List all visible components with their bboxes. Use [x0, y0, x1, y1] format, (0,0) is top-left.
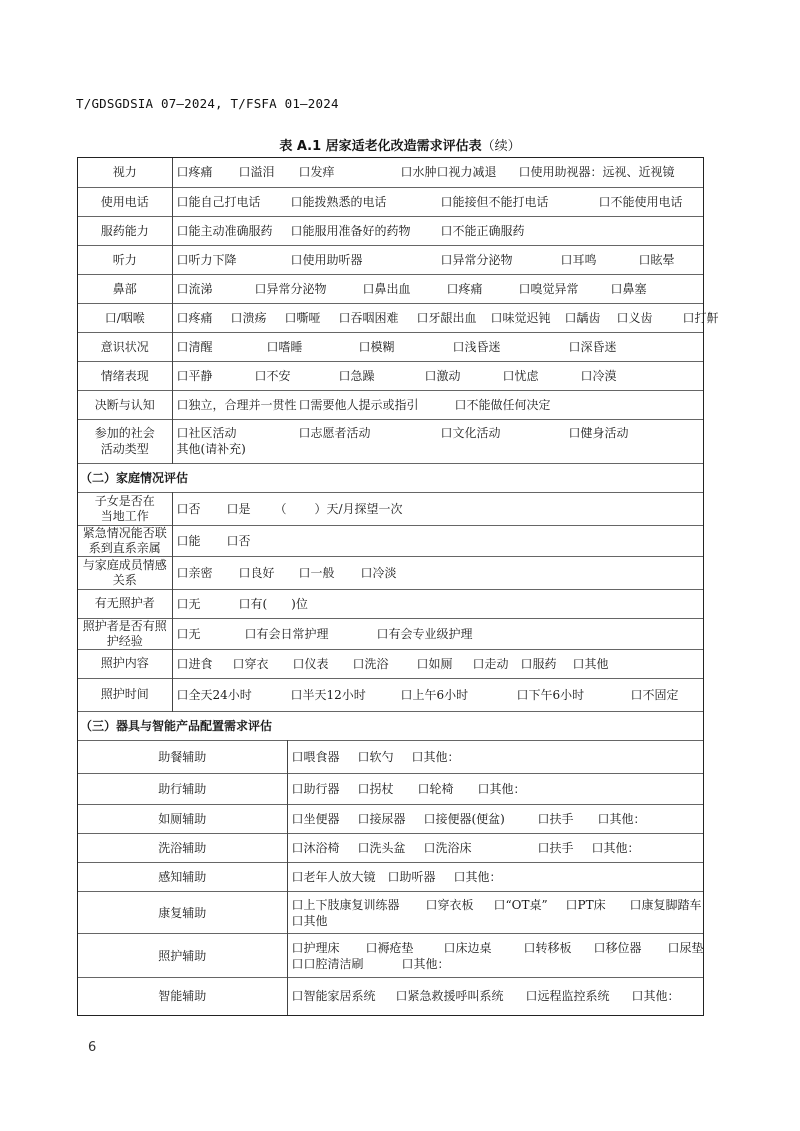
- row-options: 口能自己打电话口能拨熟悉的电话口能接但不能打电话口不能使用电话: [172, 187, 703, 216]
- checkbox-option[interactable]: 口健身活动: [569, 425, 629, 441]
- checkbox-option[interactable]: 口洗浴床: [424, 840, 472, 856]
- checkbox-option[interactable]: 口清醒: [177, 339, 213, 355]
- checkbox-option[interactable]: 口疼痛: [447, 281, 483, 297]
- checkbox-option[interactable]: 口吞咽困难: [339, 310, 399, 326]
- checkbox-option[interactable]: 口异常分泌物: [255, 281, 327, 297]
- checkbox-option[interactable]: 口不能使用电话: [599, 194, 683, 210]
- checkbox-option[interactable]: 口走动: [473, 656, 509, 672]
- row-options: 口能主动准确服药口能服用准备好的药物口不能正确服药: [172, 216, 703, 245]
- table-row: 助餐辅助口喂食器口软勺口其他：: [78, 741, 703, 774]
- checkbox-option[interactable]: 口耳鸣: [561, 252, 597, 268]
- table-title-text: 表 A.1 居家适老化改造需求评估表: [279, 139, 481, 154]
- checkbox-option[interactable]: 口否: [227, 533, 251, 549]
- checkbox-option[interactable]: 口能服用准备好的药物: [291, 223, 411, 239]
- row-options: 口护理床口褥疮垫口床边桌口转移板口移位器口尿垫口口腔清洁刷口其他：: [287, 934, 703, 978]
- row-label: 服药能力: [78, 216, 172, 245]
- checkbox-option[interactable]: 口穿衣: [233, 656, 269, 672]
- checkbox-option[interactable]: 口其他：: [632, 988, 680, 1004]
- table-row: 鼻部口流涕口异常分泌物口鼻出血口疼痛口嗅觉异常口鼻塞: [78, 274, 703, 303]
- checkbox-option[interactable]: 口异常分泌物: [441, 252, 513, 268]
- row-options: 口独立，合理并一贯性口需要他人提示或指引口不能做任何决定: [172, 390, 703, 419]
- section-heading: （二）家庭情况评估: [78, 463, 703, 492]
- row-label: 感知辅助: [78, 863, 287, 892]
- row-options: 口平静口不安口急躁口激动口忧虑口冷漠: [172, 361, 703, 390]
- checkbox-option[interactable]: 口急躁: [339, 368, 375, 384]
- checkbox-option[interactable]: 口忧虑: [503, 368, 539, 384]
- row-label: 使用电话: [78, 187, 172, 216]
- row-label: 意识状况: [78, 332, 172, 361]
- row-label: 照护内容: [78, 649, 172, 678]
- table-row: 有无照护者口无口有( )位: [78, 589, 703, 618]
- row-options: 口流涕口异常分泌物口鼻出血口疼痛口嗅觉异常口鼻塞: [172, 274, 703, 303]
- checkbox-option[interactable]: 口独立，合理并一贯性: [177, 397, 297, 413]
- table-row: 口/咽喉口疼痛口溃疡口嘶哑口吞咽困难口牙龈出血口味觉迟钝口龋齿口义齿口打鼾: [78, 303, 703, 332]
- row-options: 口疼痛口溢泪口发痒口水肿口视力减退口使用助视器：远视、近视镜: [172, 158, 703, 187]
- table-row: 使用电话口能自己打电话口能拨熟悉的电话口能接但不能打电话口不能使用电话: [78, 187, 703, 216]
- row-label: 康复辅助: [78, 892, 287, 934]
- checkbox-option[interactable]: 口其他：: [402, 956, 450, 972]
- checkbox-option[interactable]: 口其他：: [592, 840, 640, 856]
- checkbox-option[interactable]: 口接便器(便盆): [424, 811, 505, 827]
- checkbox-option[interactable]: 口下午6小时: [517, 687, 585, 703]
- row-label-line: 紧急情况能否联: [80, 526, 170, 541]
- checkbox-option[interactable]: 口沐浴椅: [292, 840, 340, 856]
- row-options: 口否口是（）天/月探望一次: [172, 492, 703, 525]
- checkbox-option[interactable]: 口打鼾: [683, 310, 719, 326]
- checkbox-option[interactable]: 口流涕: [177, 281, 213, 297]
- table-row: 如厕辅助口坐便器口接尿器口接便器(便盆)口扶手口其他：: [78, 805, 703, 834]
- row-options: 口坐便器口接尿器口接便器(便盆)口扶手口其他：: [287, 805, 703, 834]
- checkbox-option[interactable]: 口PT床: [566, 897, 606, 913]
- row-label: 智能辅助: [78, 978, 287, 1015]
- table-row: 感知辅助口老年人放大镜口助听器口其他：: [78, 863, 703, 892]
- checkbox-option[interactable]: 口有会日常护理: [245, 626, 329, 642]
- checkbox-option[interactable]: 口文化活动: [441, 425, 501, 441]
- row-label: 视力: [78, 158, 172, 187]
- table-row: 意识状况口清醒口嗜睡口模糊口浅昏迷口深昏迷: [78, 332, 703, 361]
- checkbox-option[interactable]: 口褥疮垫: [366, 940, 414, 956]
- row-label: 与家庭成员情感关系: [78, 556, 172, 589]
- row-label: 子女是否在当地工作: [78, 492, 172, 525]
- checkbox-option[interactable]: 口全天24小时: [177, 687, 252, 703]
- checkbox-option[interactable]: 口紧急救援呼叫系统: [396, 988, 504, 1004]
- assessment-table: 视力口疼痛口溢泪口发痒口水肿口视力减退口使用助视器：远视、近视镜使用电话口能自己…: [77, 157, 704, 1016]
- table-row: 与家庭成员情感关系口亲密口良好口一般口冷淡: [78, 556, 703, 589]
- row-label: 决断与认知: [78, 390, 172, 419]
- checkbox-option[interactable]: 口有会专业级护理: [377, 626, 473, 642]
- checkbox-option[interactable]: 口能拨熟悉的电话: [291, 194, 387, 210]
- checkbox-option[interactable]: 口溢泪: [239, 164, 275, 180]
- checkbox-option[interactable]: 口接尿器: [358, 811, 406, 827]
- checkbox-option[interactable]: 口其他：: [478, 781, 526, 797]
- row-options: 口听力下降口使用助听器口异常分泌物口耳鸣口眩晕: [172, 245, 703, 274]
- checkbox-option[interactable]: 口能自己打电话: [177, 194, 261, 210]
- row-label-line: 照护者是否有照: [80, 619, 170, 634]
- checkbox-option[interactable]: 口不固定: [631, 687, 679, 703]
- checkbox-option[interactable]: 口服药: [521, 656, 557, 672]
- row-label: 洗浴辅助: [78, 834, 287, 863]
- table-row: 视力口疼痛口溢泪口发痒口水肿口视力减退口使用助视器：远视、近视镜: [78, 158, 703, 187]
- checkbox-option[interactable]: 口龋齿: [565, 310, 601, 326]
- checkbox-option[interactable]: 口冷漠: [581, 368, 617, 384]
- checkbox-option[interactable]: 口使用助听器: [291, 252, 363, 268]
- checkbox-option[interactable]: 口进食: [177, 656, 213, 672]
- checkbox-option[interactable]: 口半天12小时: [291, 687, 366, 703]
- checkbox-option[interactable]: 口嗅觉异常: [519, 281, 579, 297]
- checkbox-option[interactable]: ）天/月探望一次: [315, 501, 403, 517]
- checkbox-option[interactable]: 口能: [177, 533, 201, 549]
- checkbox-option[interactable]: 口溃疡: [231, 310, 267, 326]
- table-row: 紧急情况能否联系到直系亲属口能口否: [78, 525, 703, 556]
- row-options: 口喂食器口软勺口其他：: [287, 741, 703, 774]
- checkbox-option[interactable]: 口轮椅: [418, 781, 454, 797]
- checkbox-option[interactable]: 口能主动准确服药: [177, 223, 273, 239]
- row-options: 口老年人放大镜口助听器口其他：: [287, 863, 703, 892]
- row-label: 照护辅助: [78, 934, 287, 978]
- row-options: 口全天24小时口半天12小时口上午6小时口下午6小时口不固定: [172, 678, 703, 711]
- checkbox-option[interactable]: 口尿垫: [668, 940, 704, 956]
- row-options: 口能口否: [172, 525, 703, 556]
- checkbox-option[interactable]: 口有( )位: [239, 596, 308, 612]
- checkbox-option[interactable]: 口平静: [177, 368, 213, 384]
- checkbox-option[interactable]: 口否: [177, 501, 201, 517]
- checkbox-option[interactable]: 口志愿者活动: [299, 425, 371, 441]
- checkbox-option[interactable]: 口不能做任何决定: [455, 397, 551, 413]
- section1-2-table: 视力口疼痛口溢泪口发痒口水肿口视力减退口使用助视器：远视、近视镜使用电话口能自己…: [78, 158, 703, 740]
- row-label-line: 系到直系亲属: [80, 541, 170, 556]
- checkbox-option[interactable]: 口其他：: [454, 869, 502, 885]
- table-row: 照护内容口进食口穿衣口仪表口洗浴口如厕口走动口服药口其他: [78, 649, 703, 678]
- row-label: 照护时间: [78, 678, 172, 711]
- checkbox-option[interactable]: 口床边桌: [444, 940, 492, 956]
- section3-heading-row: （三）器具与智能产品配置需求评估: [78, 711, 703, 740]
- checkbox-option[interactable]: 口听力下降: [177, 252, 237, 268]
- checkbox-option[interactable]: 口不安: [255, 368, 291, 384]
- row-options: 口智能家居系统口紧急救援呼叫系统口远程监控系统口其他：: [287, 978, 703, 1015]
- checkbox-option[interactable]: 口眩晕: [639, 252, 675, 268]
- checkbox-option[interactable]: 口其他: [292, 913, 328, 929]
- table-row: 助行辅助口助行器口拐杖口轮椅口其他：: [78, 774, 703, 805]
- table-row: 照护辅助口护理床口褥疮垫口床边桌口转移板口移位器口尿垫口口腔清洁刷口其他：: [78, 934, 703, 978]
- row-label: 助行辅助: [78, 774, 287, 805]
- table-row: 决断与认知口独立，合理并一贯性口需要他人提示或指引口不能做任何决定: [78, 390, 703, 419]
- checkbox-option[interactable]: 口鼻塞: [611, 281, 647, 297]
- row-label-line: 照护时间: [80, 687, 170, 702]
- checkbox-option[interactable]: 口疼痛: [177, 310, 213, 326]
- table-row: 照护者是否有照护经验口无口有会日常护理口有会专业级护理: [78, 618, 703, 649]
- row-label-line: 当地工作: [80, 509, 170, 524]
- section2-heading-row: （二）家庭情况评估: [78, 463, 703, 492]
- section-heading: （三）器具与智能产品配置需求评估: [78, 711, 703, 740]
- row-label: 照护者是否有照护经验: [78, 618, 172, 649]
- checkbox-option[interactable]: 口其他：: [598, 811, 646, 827]
- row-options: 口助行器口拐杖口轮椅口其他：: [287, 774, 703, 805]
- checkbox-option[interactable]: 口鼻出血: [363, 281, 411, 297]
- checkbox-option[interactable]: 口需要他人提示或指引: [299, 397, 419, 413]
- checkbox-option[interactable]: 口疼痛: [177, 164, 213, 180]
- checkbox-option[interactable]: 口如厕: [417, 656, 453, 672]
- row-label: 听力: [78, 245, 172, 274]
- checkbox-option[interactable]: 口护理床: [292, 940, 340, 956]
- checkbox-option[interactable]: 口发痒: [299, 164, 335, 180]
- table-row: 情绪表现口平静口不安口急躁口激动口忧虑口冷漠: [78, 361, 703, 390]
- row-label: 助餐辅助: [78, 741, 287, 774]
- row-label: 有无照护者: [78, 589, 172, 618]
- row-options: 口清醒口嗜睡口模糊口浅昏迷口深昏迷: [172, 332, 703, 361]
- checkbox-option[interactable]: 口水肿口视力减退: [401, 164, 497, 180]
- checkbox-option[interactable]: 口康复脚踏车: [630, 897, 702, 913]
- row-label-line: 护经验: [80, 634, 170, 649]
- table-row: 服药能力口能主动准确服药口能服用准备好的药物口不能正确服药: [78, 216, 703, 245]
- row-label: 紧急情况能否联系到直系亲属: [78, 525, 172, 556]
- row-label: 情绪表现: [78, 361, 172, 390]
- checkbox-option[interactable]: 口上下肢康复训练器: [292, 897, 400, 913]
- checkbox-option[interactable]: 口远程监控系统: [526, 988, 610, 1004]
- checkbox-option[interactable]: 口转移板: [524, 940, 572, 956]
- checkbox-option[interactable]: 口一般: [299, 565, 335, 581]
- row-label-line: 关系: [80, 573, 170, 588]
- checkbox-option[interactable]: 口无: [177, 626, 201, 642]
- checkbox-option[interactable]: （: [275, 501, 287, 517]
- checkbox-option[interactable]: 口激动: [425, 368, 461, 384]
- other-fill-in[interactable]: 其他(请补充): [177, 441, 700, 457]
- row-label: 参加的社会活动类型: [78, 419, 172, 463]
- table-row: 听力口听力下降口使用助听器口异常分泌物口耳鸣口眩晕: [78, 245, 703, 274]
- row-options: 口亲密口良好口一般口冷淡: [172, 556, 703, 589]
- row-options: 口上下肢康复训练器口穿衣板口“OT桌”口PT床口康复脚踏车口其他: [287, 892, 703, 934]
- table-row: 参加的社会活动类型口社区活动口志愿者活动口文化活动口健身活动其他(请补充): [78, 419, 703, 463]
- checkbox-option[interactable]: 口扶手: [538, 811, 574, 827]
- table-row: 子女是否在当地工作口否口是（）天/月探望一次: [78, 492, 703, 525]
- checkbox-option[interactable]: 口能接但不能打电话: [441, 194, 549, 210]
- row-options: 口无口有( )位: [172, 589, 703, 618]
- checkbox-option[interactable]: 口仪表: [293, 656, 329, 672]
- checkbox-option[interactable]: 口社区活动: [177, 425, 237, 441]
- checkbox-option[interactable]: 口扶手: [538, 840, 574, 856]
- standard-code: T/GDSGDSIA 07—2024, T/FSFA 01—2024: [76, 96, 339, 111]
- checkbox-option[interactable]: 口拐杖: [358, 781, 394, 797]
- checkbox-option[interactable]: 口无: [177, 596, 201, 612]
- table-continued: （续）: [482, 139, 521, 154]
- checkbox-option[interactable]: 口浅昏迷: [453, 339, 501, 355]
- table-row: 洗浴辅助口沐浴椅口洗头盆口洗浴床口扶手口其他：: [78, 834, 703, 863]
- checkbox-option[interactable]: 口助行器: [292, 781, 340, 797]
- row-label-line: 有无照护者: [80, 596, 170, 611]
- checkbox-option[interactable]: 口嗜睡: [267, 339, 303, 355]
- table-row: 智能辅助口智能家居系统口紧急救援呼叫系统口远程监控系统口其他：: [78, 978, 703, 1015]
- checkbox-option[interactable]: 口智能家居系统: [292, 988, 376, 1004]
- checkbox-option[interactable]: 口穿衣板: [426, 897, 474, 913]
- section3-table: 助餐辅助口喂食器口软勺口其他：助行辅助口助行器口拐杖口轮椅口其他：如厕辅助口坐便…: [78, 740, 703, 1015]
- row-options: 口社区活动口志愿者活动口文化活动口健身活动其他(请补充): [172, 419, 703, 463]
- checkbox-option[interactable]: 口模糊: [359, 339, 395, 355]
- table-row: 照护时间口全天24小时口半天12小时口上午6小时口下午6小时口不固定: [78, 678, 703, 711]
- checkbox-option[interactable]: 口其他: [573, 656, 609, 672]
- checkbox-option[interactable]: 口移位器: [594, 940, 642, 956]
- checkbox-option[interactable]: 口上午6小时: [401, 687, 469, 703]
- row-label: 如厕辅助: [78, 805, 287, 834]
- checkbox-option[interactable]: 口嘶哑: [285, 310, 321, 326]
- checkbox-option[interactable]: 口不能正确服药: [441, 223, 525, 239]
- checkbox-option[interactable]: 口良好: [239, 565, 275, 581]
- checkbox-option[interactable]: 口老年人放大镜: [292, 869, 376, 885]
- checkbox-option[interactable]: 口助听器: [388, 869, 436, 885]
- page-number: 6: [88, 1040, 96, 1055]
- row-label: 鼻部: [78, 274, 172, 303]
- checkbox-option[interactable]: 口义齿: [617, 310, 653, 326]
- row-label-line: 参加的社会: [80, 425, 170, 441]
- table-title: 表 A.1 居家适老化改造需求评估表（续）: [0, 135, 800, 154]
- checkbox-option[interactable]: 口坐便器: [292, 811, 340, 827]
- row-label-line: 活动类型: [80, 441, 170, 457]
- row-label-line: 与家庭成员情感: [80, 558, 170, 573]
- checkbox-option[interactable]: 口洗浴: [353, 656, 389, 672]
- row-label-line: 子女是否在: [80, 494, 170, 509]
- checkbox-option[interactable]: 口软勺: [358, 749, 394, 765]
- checkbox-option[interactable]: 口使用助视器：远视、近视镜: [519, 164, 675, 180]
- checkbox-option[interactable]: 口冷淡: [361, 565, 397, 581]
- row-options: 口沐浴椅口洗头盆口洗浴床口扶手口其他：: [287, 834, 703, 863]
- row-options: 口进食口穿衣口仪表口洗浴口如厕口走动口服药口其他: [172, 649, 703, 678]
- checkbox-option[interactable]: 口亲密: [177, 565, 213, 581]
- row-options: 口无口有会日常护理口有会专业级护理: [172, 618, 703, 649]
- checkbox-option[interactable]: 口口腔清洁刷: [292, 956, 364, 972]
- checkbox-option[interactable]: 口深昏迷: [569, 339, 617, 355]
- checkbox-option[interactable]: 口“OT桌”: [494, 897, 548, 913]
- table-row: 康复辅助口上下肢康复训练器口穿衣板口“OT桌”口PT床口康复脚踏车口其他: [78, 892, 703, 934]
- checkbox-option[interactable]: 口牙龈出血: [417, 310, 477, 326]
- checkbox-option[interactable]: 口其他：: [412, 749, 460, 765]
- checkbox-option[interactable]: 口是: [227, 501, 251, 517]
- checkbox-option[interactable]: 口洗头盆: [358, 840, 406, 856]
- checkbox-option[interactable]: 口味觉迟钝: [491, 310, 551, 326]
- row-options: 口疼痛口溃疡口嘶哑口吞咽困难口牙龈出血口味觉迟钝口龋齿口义齿口打鼾: [172, 303, 703, 332]
- row-label-line: 照护内容: [80, 656, 170, 671]
- row-label: 口/咽喉: [78, 303, 172, 332]
- checkbox-option[interactable]: 口喂食器: [292, 749, 340, 765]
